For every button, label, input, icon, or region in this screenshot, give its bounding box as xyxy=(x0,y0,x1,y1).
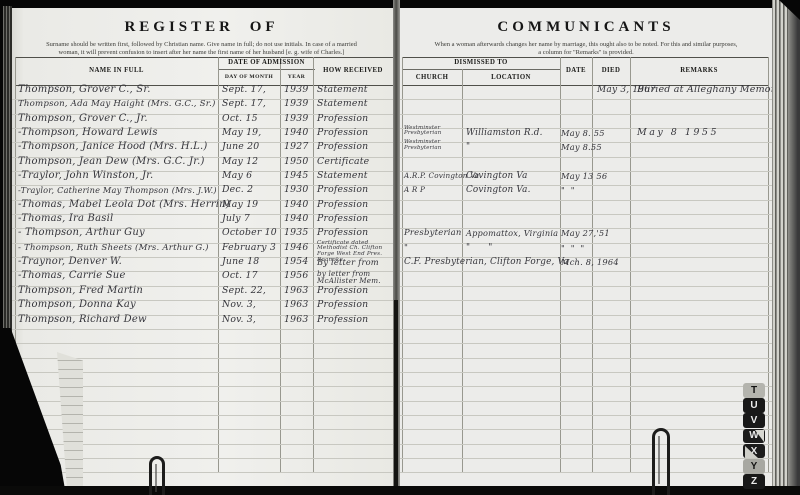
register-row xyxy=(400,430,772,444)
register-row xyxy=(400,416,772,430)
col-header-dismissed-to: DISMISSED TO xyxy=(402,59,560,66)
cell-name: -Thompson, Janice Hood (Mrs. H.L.) xyxy=(18,141,207,153)
cell-name: -Traylor, Catherine May Thompson (Mrs. J… xyxy=(18,184,217,196)
col-header-date-of-admission: DATE OF ADMISSION xyxy=(218,59,315,66)
cell-day: Oct. 17 xyxy=(222,270,258,282)
cell-church: A R P xyxy=(404,184,425,196)
cell-name: Thompson, Richard Dew xyxy=(18,314,147,326)
cell-received: Statement xyxy=(317,170,368,182)
cell-name: - Thompson, Arthur Guy xyxy=(18,227,145,239)
col-header-year: YEAR xyxy=(280,74,313,80)
register-row xyxy=(400,445,772,459)
cell-year: 1940 xyxy=(284,199,308,211)
cell-year: 1930 xyxy=(284,184,308,196)
cell-received: Statement xyxy=(317,98,368,110)
cell-location: " " xyxy=(466,242,492,254)
table-line xyxy=(218,69,315,70)
cell-year: 1956 xyxy=(284,270,308,282)
cell-received: Profession xyxy=(317,113,368,125)
cell-location: Covington Va. xyxy=(466,184,531,196)
cell-year: 1939 xyxy=(284,84,308,96)
cell-location: Appomattox, Virginia xyxy=(466,227,558,239)
register-row: A R PCovington Va." " xyxy=(400,186,772,200)
register-row xyxy=(10,330,393,344)
cell-received: Profession xyxy=(317,227,368,239)
table-line xyxy=(402,57,768,58)
cell-year: 1939 xyxy=(284,113,308,125)
register-row xyxy=(400,402,772,416)
paper-clip-left xyxy=(149,456,165,495)
cell-received: Certificate dated Methodist Ch. Clifton … xyxy=(317,241,397,263)
cell-date: May 8.55 xyxy=(561,141,602,153)
cell-name: -Thomas, Ira Basil xyxy=(18,213,113,225)
cell-day: May 19 xyxy=(222,199,258,211)
cell-date: May 8. 55 xyxy=(561,127,605,139)
cell-year: 1946 xyxy=(284,242,308,254)
cell-name: Thompson, Donna Kay xyxy=(18,299,136,311)
cell-church: Presbyterian xyxy=(404,227,462,239)
alphabet-index-tabs: TUVWXYZ xyxy=(743,383,767,489)
cell-day: May 6 xyxy=(222,170,252,182)
cell-day: June 18 xyxy=(222,256,259,268)
table-line xyxy=(402,69,560,70)
cell-name: Thompson, Ada May Haight (Mrs. G.C., Sr.… xyxy=(18,98,216,110)
cell-year: 1963 xyxy=(284,299,308,311)
register-row: C.F. Presbyterian, Clifton Forge, VaMch.… xyxy=(400,258,772,272)
cell-received: Certificate xyxy=(317,156,369,168)
book-right-page-edges xyxy=(772,0,788,495)
cell-day: Nov. 3, xyxy=(222,299,256,311)
paper-clip-right xyxy=(652,428,670,495)
cell-date: " " " xyxy=(561,242,584,254)
register-row xyxy=(400,330,772,344)
cell-name: -Thomas, Carrie Sue xyxy=(18,270,126,282)
cell-received: by letter from McAllister Mem. xyxy=(317,270,399,284)
register-row: A.R.P. Covington VaCovington VaMay 13 56 xyxy=(400,172,772,186)
register-row xyxy=(400,316,772,330)
cell-day: Oct. 15 xyxy=(222,113,258,125)
cell-date: May 27,'51 xyxy=(561,227,610,239)
cell-name: -Traylor, John Winston, Jr. xyxy=(18,170,153,182)
cell-church: Westminster Presbyterian xyxy=(404,126,460,137)
cell-received: Profession xyxy=(317,184,368,196)
col-header-church: CHURCH xyxy=(402,74,462,81)
cell-church: Westminster Presbyterian xyxy=(404,140,460,151)
cell-year: 1963 xyxy=(284,314,308,326)
cell-received: Profession xyxy=(317,127,368,139)
register-row xyxy=(400,100,772,114)
cell-day: Dec. 2 xyxy=(222,184,253,196)
cell-day: May 19, xyxy=(222,127,261,139)
cell-year: 1950 xyxy=(284,156,308,168)
cell-year: 1927 xyxy=(284,141,308,153)
register-row xyxy=(400,272,772,286)
register-row xyxy=(400,287,772,301)
cell-date: Mch. 8, 1964 xyxy=(561,256,619,268)
cell-day: Sept. 17, xyxy=(222,98,266,110)
index-tab-u: U xyxy=(743,398,765,413)
right-page-rows: May 3, 1967Buried at Alleghany MemorialW… xyxy=(400,86,772,495)
cell-name: -Thomas, Mabel Leola Dot (Mrs. Herrin) xyxy=(18,199,230,211)
cell-received: Profession xyxy=(317,299,368,311)
register-row xyxy=(400,359,772,373)
cell-name: Thompson, Fred Martin xyxy=(18,285,143,297)
cell-received: Profession xyxy=(317,199,368,211)
index-tab-x: X xyxy=(743,444,765,459)
cell-name: - Thompson, Ruth Sheets (Mrs. Arthur G.) xyxy=(18,242,209,254)
cell-received: Profession xyxy=(317,213,368,225)
right-page-instructions: When a woman afterwards changes her name… xyxy=(433,41,738,56)
register-row xyxy=(400,373,772,387)
index-tab-z: Z xyxy=(743,474,765,489)
cell-remarks: Buried at Alleghany Memorial xyxy=(637,84,788,96)
index-tab-t: T xyxy=(743,383,765,398)
cell-day: May 12 xyxy=(222,156,258,168)
col-header-location: LOCATION xyxy=(462,74,560,81)
book-cover-edge xyxy=(788,0,800,495)
cell-day: Sept. 22, xyxy=(222,285,266,297)
cell-day: October 10 xyxy=(222,227,277,239)
cell-day: Nov. 3, xyxy=(222,314,256,326)
register-row: May 3, 1967Buried at Alleghany Memorial xyxy=(400,86,772,100)
register-row xyxy=(400,344,772,358)
cell-received: Statement xyxy=(317,84,368,96)
cell-name: Thompson, Grover C., Sr. xyxy=(18,84,151,96)
index-tab-v: V xyxy=(743,413,765,428)
cell-name: -Traynor, Denver W. xyxy=(18,256,122,268)
cell-received: Profession xyxy=(317,141,368,153)
cell-day: February 3 xyxy=(222,242,276,254)
book-bottom-edge xyxy=(0,486,800,495)
cell-received: Profession xyxy=(317,314,368,326)
cell-location: Williamston R.d. xyxy=(466,127,543,139)
register-row: Westminster Presbyterian"May 8.55 xyxy=(400,143,772,157)
register-row xyxy=(400,301,772,315)
register-row: PresbyterianAppomattox, VirginiaMay 27,'… xyxy=(400,229,772,243)
cell-year: 1935 xyxy=(284,227,308,239)
left-page-title: REGISTER OF xyxy=(10,19,393,36)
cell-date: " " xyxy=(561,184,575,196)
right-page-title: COMMUNICANTS xyxy=(400,19,772,36)
cell-church: C.F. Presbyterian, Clifton Forge, Va xyxy=(404,256,569,268)
col-header-died: DIED xyxy=(592,67,630,74)
cell-year: 1940 xyxy=(284,127,308,139)
register-row xyxy=(400,459,772,473)
table-line xyxy=(15,57,393,58)
cell-year: 1963 xyxy=(284,285,308,297)
cell-day: June 20 xyxy=(222,141,259,153)
cell-received: Profession xyxy=(317,285,368,297)
cell-day: Sept. 17, xyxy=(222,84,266,96)
register-right-page: COMMUNICANTS When a woman afterwards cha… xyxy=(400,8,772,486)
cell-year: 1945 xyxy=(284,170,308,182)
cell-name: Thompson, Jean Dew (Mrs. G.C. Jr.) xyxy=(18,156,205,168)
cell-day: July 7 xyxy=(222,213,250,225)
col-header-day-of-month: DAY OF MONTH xyxy=(218,74,280,80)
cell-date: May 13 56 xyxy=(561,170,607,182)
cell-year: 1940 xyxy=(284,213,308,225)
cell-location: " xyxy=(466,141,470,153)
register-row: Thompson, Richard DewNov. 3,1963Professi… xyxy=(10,316,393,330)
col-header-how-received: HOW RECEIVED xyxy=(313,67,393,74)
col-header-date: DATE xyxy=(560,67,592,74)
cell-church: " xyxy=(404,242,408,254)
book-gutter-shadow xyxy=(394,300,398,495)
cell-name: Thompson, Grover C., Jr. xyxy=(18,113,148,125)
cell-name: -Thompson, Howard Lewis xyxy=(18,127,158,139)
cell-year: 1954 xyxy=(284,256,308,268)
cell-remarks: May 8 1955 xyxy=(637,127,719,139)
left-page-instructions: Surname should be written first, followe… xyxy=(44,41,358,56)
index-tab-w: W xyxy=(743,429,765,444)
index-tab-y: Y xyxy=(743,459,765,474)
cell-location: Covington Va xyxy=(466,170,528,182)
col-header-remarks: REMARKS xyxy=(630,67,768,74)
cell-year: 1939 xyxy=(284,98,308,110)
register-row xyxy=(400,201,772,215)
register-row xyxy=(400,387,772,401)
col-header-name: NAME IN FULL xyxy=(15,67,218,74)
